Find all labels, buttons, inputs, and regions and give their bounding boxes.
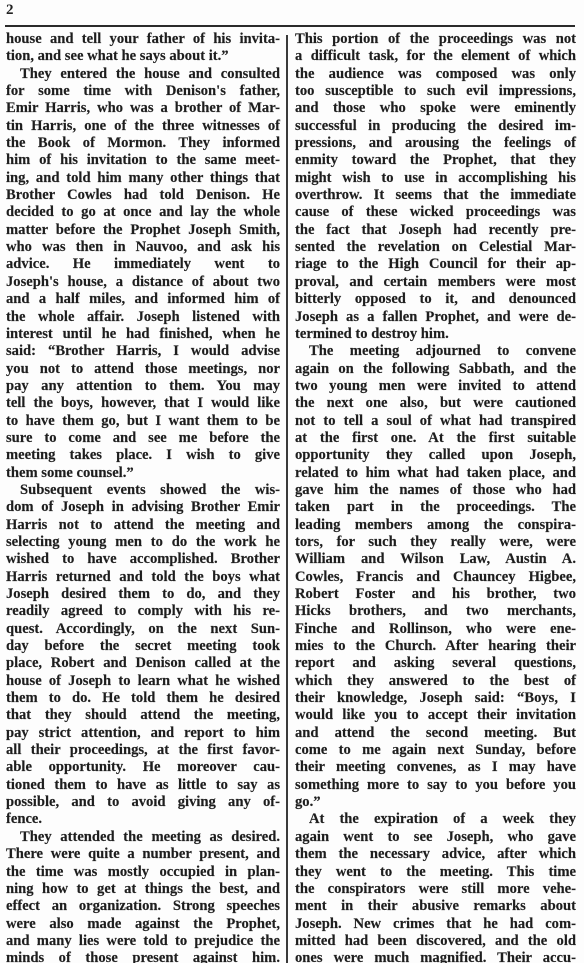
text-line: related to him what had taken place, and xyxy=(295,465,576,482)
text-line: again on the following Sabbath, and the xyxy=(295,361,576,378)
text-line: This portion of the proceedings was not xyxy=(295,31,576,48)
text-line: decided to go at once and lay the whole xyxy=(6,204,280,221)
text-line: There were quite a number present, and xyxy=(6,846,280,863)
text-line: William and Wilson Law, Austin A. xyxy=(295,551,576,568)
text-line: them the necessary advice, after which xyxy=(295,846,576,863)
text-line: ment in their abusive remarks about xyxy=(295,898,576,915)
header-rule xyxy=(5,25,575,27)
text-line: tion, and see what he says about it.” xyxy=(6,48,280,65)
text-line: They entered the house and consulted xyxy=(6,66,280,83)
paragraph: This portion of the proceedings was nota… xyxy=(295,31,576,343)
text-line: go.” xyxy=(295,794,576,811)
text-line: might wish to use in accomplishing his xyxy=(295,170,576,187)
text-line: they went to the meeting. This time xyxy=(295,864,576,881)
text-line: readily agreed to comply with his re- xyxy=(6,603,280,620)
text-line: ones were much magnified. Their accu- xyxy=(295,950,576,963)
text-line: pay any attention to them. You may xyxy=(6,378,280,395)
text-line: pay strict attention, and report to him xyxy=(6,725,280,742)
text-line: advice. He immediately went to xyxy=(6,256,280,273)
text-line: wished to have accomplished. Brother xyxy=(6,551,280,568)
text-line: not to tell a soul of what had transpire… xyxy=(295,413,576,430)
text-line: house of Joseph to learn what he wished xyxy=(6,673,280,690)
text-line: and many lies were told to prejudice the xyxy=(6,933,280,950)
text-line: pressions, and arousing the feelings of xyxy=(295,135,576,152)
document-page: 2 house and tell your father of his invi… xyxy=(0,0,584,963)
text-line: a difficult task, for the element of whi… xyxy=(295,48,576,65)
text-line: tors, for such they really were, were xyxy=(295,534,576,551)
text-line: the audience was composed was only xyxy=(295,66,576,83)
text-line: the time was mostly occupied in plan- xyxy=(6,864,280,881)
text-line: leading members among the conspira- xyxy=(295,517,576,534)
text-line: house and tell your father of his invita… xyxy=(6,31,280,48)
text-line: Hicks brothers, and two merchants, xyxy=(295,603,576,620)
text-line: would like you to accept their invitatio… xyxy=(295,707,576,724)
text-line: interest until he had finished, when he xyxy=(6,326,280,343)
text-line: Harris not to attend the meeting and xyxy=(6,517,280,534)
text-line: Emir Harris, who was a brother of Mar- xyxy=(6,100,280,117)
text-line: sented the revelation on Celestial Mar- xyxy=(295,239,576,256)
text-line: the next one also, but were cautioned xyxy=(295,395,576,412)
text-line: able opportunity. He moreover cau- xyxy=(6,759,280,776)
text-line: ing, and told him many other things that xyxy=(6,170,280,187)
text-line: again went to see Joseph, who gave xyxy=(295,829,576,846)
text-line: minds of those present against him. xyxy=(6,950,280,963)
text-line: and attend the second meeting. But xyxy=(295,725,576,742)
text-line: come to me again next Sunday, before xyxy=(295,742,576,759)
text-line: sure to come and see me before the xyxy=(6,430,280,447)
text-line: opportunity they called upon Joseph, xyxy=(295,447,576,464)
text-line: were also made against the Prophet, xyxy=(6,916,280,933)
paragraph: At the expiration of a week theyagain we… xyxy=(295,811,576,963)
text-line: report and asking several questions, xyxy=(295,655,576,672)
text-line: cause of these wicked proceedings was xyxy=(295,204,576,221)
text-line: tin Harris, one of the three witnesses o… xyxy=(6,118,280,135)
text-line: the Book of Mormon. They informed xyxy=(6,135,280,152)
text-line: taken part in the proceedings. The xyxy=(295,499,576,516)
paragraph: Subsequent events showed the wis-dom of … xyxy=(6,482,280,829)
text-line: Brother Cowles had told Denison. He xyxy=(6,187,280,204)
text-line: bitterly opposed to it, and denounced xyxy=(295,291,576,308)
text-line: place, Robert and Denison called at the xyxy=(6,655,280,672)
text-line: enmity toward the Prophet, that they xyxy=(295,152,576,169)
text-line: him of his invitation to the same meet- xyxy=(6,152,280,169)
text-line: matter before the Prophet Joseph Smith, xyxy=(6,222,280,239)
text-line: quest. Accordingly, on the next Sun- xyxy=(6,621,280,638)
paragraph: house and tell your father of his invita… xyxy=(6,31,280,66)
text-line: The meeting adjourned to convene xyxy=(295,343,576,360)
text-line: said: “Brother Harris, I would advise xyxy=(6,343,280,360)
text-line: all their proceedings, at the first favo… xyxy=(6,742,280,759)
text-line: Cowles, Francis and Chauncey Higbee, xyxy=(295,569,576,586)
text-line: two young men were invited to attend xyxy=(295,378,576,395)
text-line: Robert Foster and his brother, two xyxy=(295,586,576,603)
text-line: successful in producing the desired im- xyxy=(295,118,576,135)
text-line: them to do. He told them he desired xyxy=(6,690,280,707)
text-line: Subsequent events showed the wis- xyxy=(6,482,280,499)
left-column: house and tell your father of his invita… xyxy=(6,31,280,963)
text-line: tioned them to have as little to say as xyxy=(6,777,280,794)
text-line: which they answered to the best of xyxy=(295,673,576,690)
text-line: At the expiration of a week they xyxy=(295,811,576,828)
text-line: that they should attend the meeting, xyxy=(6,707,280,724)
text-line: possible, and to avoid giving any of- xyxy=(6,794,280,811)
text-line: something more to say to you before you xyxy=(295,777,576,794)
text-line: riage to the High Council for their ap- xyxy=(295,256,576,273)
text-line: Joseph desired them to do, and they xyxy=(6,586,280,603)
text-line: their knowledge, Joseph said: “Boys, I xyxy=(295,690,576,707)
text-line: proval, and certain members were most xyxy=(295,274,576,291)
text-line: meeting takes place. I wish to give xyxy=(6,447,280,464)
text-line: gave him the names of those who had xyxy=(295,482,576,499)
text-line: their meeting convenes, as I may have xyxy=(295,759,576,776)
paragraph: The meeting adjourned to conveneagain on… xyxy=(295,343,576,811)
paragraph: They attended the meeting as desired.The… xyxy=(6,829,280,963)
text-line: at the first one. At the first suitable xyxy=(295,430,576,447)
text-line: and a half miles, and informed him of xyxy=(6,291,280,308)
text-line: overthrow. It seems that the immediate xyxy=(295,187,576,204)
page-number: 2 xyxy=(6,2,14,19)
text-line: effect an organization. Strong speeches xyxy=(6,898,280,915)
text-line: day before the secret meeting took xyxy=(6,638,280,655)
text-line: selecting young men to do the work he xyxy=(6,534,280,551)
text-line: you not to attend those meetings, nor xyxy=(6,361,280,378)
text-line: Joseph. New crimes that he had com- xyxy=(295,916,576,933)
text-line: dom of Joseph in advising Brother Emir xyxy=(6,499,280,516)
text-line: to have them go, but I want them to be xyxy=(6,413,280,430)
text-line: who was then in Nauvoo, and ask his xyxy=(6,239,280,256)
column-divider xyxy=(286,35,288,963)
text-line: them some counsel.” xyxy=(6,465,280,482)
text-line: fence. xyxy=(6,811,280,828)
text-line: Harris returned and told the boys what xyxy=(6,569,280,586)
text-line: the whole affair. Joseph listened with xyxy=(6,309,280,326)
text-line: and those who spoke were eminently xyxy=(295,100,576,117)
text-line: Finche and Rollinson, who were ene- xyxy=(295,621,576,638)
text-line: for some time with Denison's father, xyxy=(6,83,280,100)
text-line: They attended the meeting as desired. xyxy=(6,829,280,846)
text-line: Joseph's house, a distance of about two xyxy=(6,274,280,291)
text-line: the fact that Joseph had recently pre- xyxy=(295,222,576,239)
text-line: ning how to get at things the best, and xyxy=(6,881,280,898)
text-line: the conspirators were still more vehe- xyxy=(295,881,576,898)
text-line: termined to destroy him. xyxy=(295,326,576,343)
text-line: too susceptible to such evil impressions… xyxy=(295,83,576,100)
right-column: This portion of the proceedings was nota… xyxy=(295,31,576,963)
text-line: Joseph as a fallen Prophet, and were de- xyxy=(295,309,576,326)
text-line: mies to the Church. After hearing their xyxy=(295,638,576,655)
paragraph: They entered the house and consultedfor … xyxy=(6,66,280,482)
text-line: mitted had been discovered, and the old xyxy=(295,933,576,950)
text-line: tell the boys, however, that I would lik… xyxy=(6,395,280,412)
